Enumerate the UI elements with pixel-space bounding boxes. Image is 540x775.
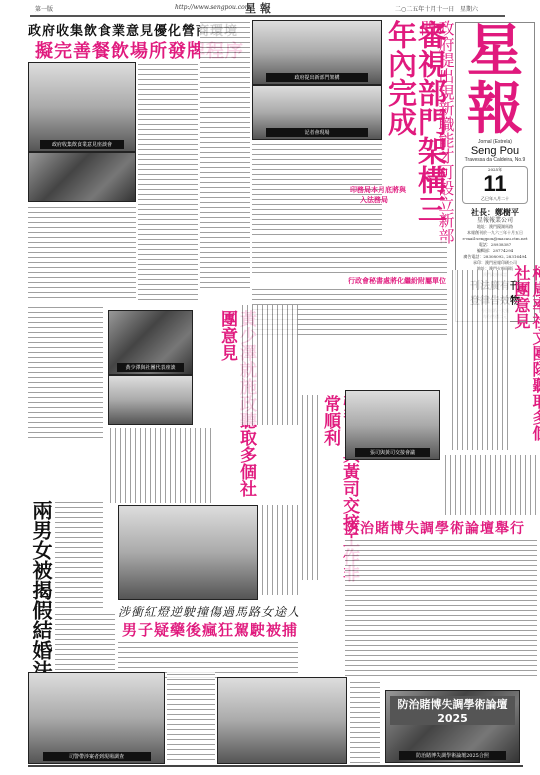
portrait-side-text xyxy=(260,505,298,595)
photo-caption: 記者會現場 xyxy=(266,128,368,137)
masthead-latin-name: Seng Pou xyxy=(456,145,534,157)
mid-left-body-text xyxy=(28,305,103,440)
huang-photo-bottom xyxy=(108,375,193,425)
marriage-body-text xyxy=(55,500,103,610)
drunk-kicker: 涉衝紅燈逆駛撞傷過馬路女途人 xyxy=(118,603,300,620)
site-url[interactable]: http://www.sengpou.com xyxy=(175,4,250,11)
lead-main-kicker: 政府提出現新職能才可設立新部門 xyxy=(418,20,454,250)
masthead-address: Travessa da Caldeira, No.9 xyxy=(456,157,534,163)
gambling-group-photo: 防治賭博失調學術論壇2025 防治賭博失調學術論壇2025合照 xyxy=(385,690,520,763)
huang-body-vertical-2 xyxy=(108,428,213,503)
drunk-photo-building xyxy=(217,677,347,764)
page-header: 第一版 http://www.sengpou.com 星 報 二○二五年十月十一… xyxy=(0,0,540,16)
lead-left-photo-bottom xyxy=(28,152,136,202)
lead-main-subhead-2: 入法務局 xyxy=(360,195,388,205)
photo-caption: 政府提出新部門架構 xyxy=(266,73,368,82)
right-col-headline: 柯嵐率社文團隊聽取多個社團意見 xyxy=(512,265,540,455)
page-number: 第一版 xyxy=(35,4,53,13)
masthead-logo: 星報 xyxy=(456,23,534,139)
date-lunar: 乙巳年八月二十 xyxy=(463,196,527,202)
lead-left-body-text xyxy=(28,205,136,300)
lead-left-column-text xyxy=(138,62,198,302)
drunk-body-text-2 xyxy=(167,672,215,764)
huang-body-vertical xyxy=(240,305,298,425)
drunk-photo-street: 司警帶涉案者到現場調查 xyxy=(28,672,165,764)
lead-main-subhead-3: 行政會秘書處將化繼紛附屬單位 xyxy=(348,276,446,286)
date-box: 2025年 11 乙巳年八月二十 xyxy=(462,166,528,204)
photo-caption: 司警帶涉案者到現場調查 xyxy=(43,752,151,761)
zhang-body-right xyxy=(443,455,538,515)
date-day: 11 xyxy=(463,171,527,197)
gambling-banner: 防治賭博失調學術論壇2025 xyxy=(390,696,515,725)
photo-caption: 黃少澤與社團代表座談 xyxy=(117,363,183,372)
zhang-body-left xyxy=(300,395,318,580)
lead-main-subhead-1: 印務局本月底將與 xyxy=(350,185,406,195)
lead-main-body-text-2 xyxy=(252,240,447,275)
drunk-headline: 男子疑藥後瘋狂駕駛被捕 xyxy=(122,619,298,640)
drunk-body-text-3 xyxy=(350,680,380,765)
issue-weekday: 星期六 xyxy=(460,4,478,13)
header-rule xyxy=(30,15,505,17)
portrait-photo xyxy=(118,505,258,600)
lead-main-photo-press: 記者會現場 xyxy=(252,85,382,140)
right-col-body-text xyxy=(450,270,510,450)
zhang-photo: 張司與黃司交接會議 xyxy=(345,390,440,460)
photo-caption: 政府收集飲食業意見座談會 xyxy=(40,140,125,149)
huang-photo-top: 黃少澤與社團代表座談 xyxy=(108,310,193,375)
issue-date: 二○二五年十月十一日 xyxy=(395,4,454,13)
gambling-body-text xyxy=(345,538,537,678)
photo-caption: 張司與黃司交接會議 xyxy=(355,448,429,457)
gambling-headline: 防治賭博失調學術論壇舉行 xyxy=(345,518,525,538)
lead-main-photo-building: 政府提出新部門架構 xyxy=(252,20,382,85)
drunk-body-text-left xyxy=(55,612,115,672)
photo-caption: 防治賭博失調學術論壇2025合照 xyxy=(399,751,505,760)
lead-main-column-text xyxy=(200,20,250,290)
lead-left-photo-top: 政府收集飲食業意見座談會 xyxy=(28,62,136,152)
paper-name: 星 報 xyxy=(245,0,271,16)
footer-rule xyxy=(28,765,523,767)
